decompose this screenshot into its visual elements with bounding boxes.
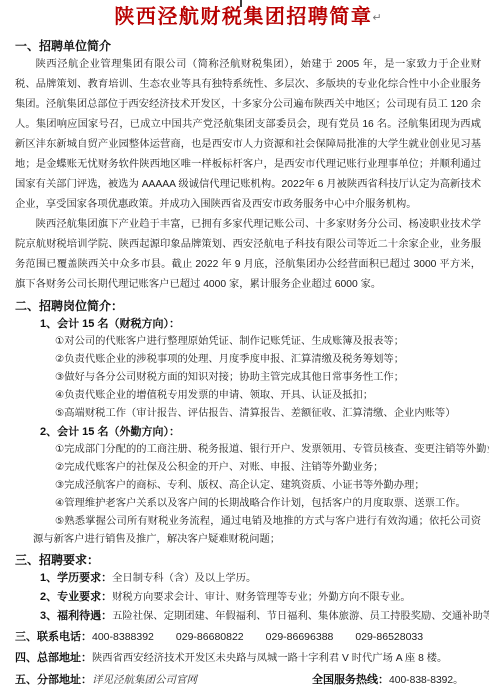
hotline-value: 400-838-8392。 [389,675,463,686]
branch-label: 五、分部地址： [15,674,92,686]
phone-number: 400-8388392 [92,631,154,643]
contact-phone-line: 三、联系电话：400-8388392029-86680822029-866963… [15,628,481,647]
section-heading-positions: 二、招聘岗位简介： [15,297,481,315]
requirement-major: 2、专业要求：财税方向要求会计、审计、财务管理等专业；外勤方向不限专业。 [15,588,481,607]
duty-item: ③完成泾航客户的商标、专利、版权、高企认定、建筑资质、小证书等外勤办理； [15,477,481,495]
section-heading-requirements: 三、招聘要求： [15,551,481,569]
duty-item: ①对公司的代账客户进行整理原始凭证、制作记账凭证、生成账簿及报表等； [15,333,481,351]
contact-label: 三、联系电话： [15,631,92,643]
role-title-field-work: 2、会计 15 名（外勤方向）： [15,423,481,441]
headquarters-address-line: 四、总部地址：陕西省西安经济技术开发区未央路与凤城一路十字利君 V 时代广场 A… [15,649,481,668]
branch-value: 详见泾航集团公司官网 [92,675,197,686]
hq-label: 四、总部地址： [15,652,92,664]
requirement-label: 2、专业要求： [40,591,112,603]
company-intro-paragraph-1: 陕西泾航企业管理集团有限公司（简称泾航财税集团），始建于 2005 年，是一家致… [15,55,481,215]
requirement-benefits: 3、福利待遇：五险社保、定期团建、年假福利、节日福利、集体旅游、员工持股奖励、交… [15,607,481,626]
requirement-value: 财税方向要求会计、审计、财务管理等专业；外勤方向不限专业。 [112,592,411,603]
duty-item: ④负责代账企业的增值税专用发票的申请、领取、开具、认证及抵扣； [15,387,481,405]
requirement-label: 3、福利待遇： [40,610,112,622]
recruitment-document: 陕西泾航财税集团招聘简章↵ 一、招聘单位简介 陕西泾航企业管理集团有限公司（简称… [0,0,489,697]
hq-value: 陕西省西安经济技术开发区未央路与凤城一路十字利君 V 时代广场 A 座 8 楼。 [92,653,447,664]
duty-item: ①完成部门分配的的工商注册、税务报道、银行开户、发票领用、专管员核查、变更注销等… [15,441,481,459]
branch-address-line: 五、分部地址：详见泾航集团公司官网全国服务热线：400-838-8392。 [15,671,481,690]
national-hotline: 全国服务热线：400-838-8392。 [312,671,463,690]
duty-item: ⑤高端财税工作（审计报告、评估报告、清算报告、差额征收、汇算清缴、企业内账等） [15,405,481,423]
paragraph-return-mark: ↵ [372,12,381,24]
duty-item: ⑤熟悉掌握公司所有财税业务流程，通过电销及地推的方式与客户进行有效沟通；依托公司… [15,513,481,549]
hotline-label: 全国服务热线： [312,674,389,686]
role-title-finance-tax: 1、会计 15 名（财税方向）： [15,315,481,333]
requirement-label: 1、学历要求： [40,572,112,584]
phone-number: 029-86696388 [266,631,334,643]
phone-number: 029-86680822 [176,631,244,643]
section-heading-company-intro: 一、招聘单位简介 [15,37,481,55]
page-title: 陕西泾航财税集团招聘简章↵ [15,4,481,31]
requirement-value: 五险社保、定期团建、年假福利、节日福利、集体旅游、员工持股奖励、交通补助等等。 [112,611,489,622]
duty-item: ②负责代账企业的涉税事项的处理、月度季度申报、汇算清缴及税务筹划等； [15,351,481,369]
requirement-education: 1、学历要求：全日制专科（含）及以上学历。 [15,569,481,588]
page-title-text: 陕西泾航财税集团招聘简章 [114,6,372,28]
phone-number: 029-86528033 [355,631,423,643]
company-intro-paragraph-2: 陕西泾航集团旗下产业趋于丰富，已拥有多家代理记账公司、十多家财务分公司、杨凌职业… [15,215,481,295]
duty-item: ②完成代账客户的社保及公积金的开户、对账、申报、注销等外勤业务； [15,459,481,477]
requirement-value: 全日制专科（含）及以上学历。 [112,573,256,584]
duty-item: ③做好与各分公司财税方面的知识对接；协助主管完成其他日常事务性工作； [15,369,481,387]
duty-item: ④管理维护老客户关系以及客户间的长期战略合作计划，包括客户的月度取票、送票工作。 [15,495,481,513]
cursor-mark [240,0,242,7]
